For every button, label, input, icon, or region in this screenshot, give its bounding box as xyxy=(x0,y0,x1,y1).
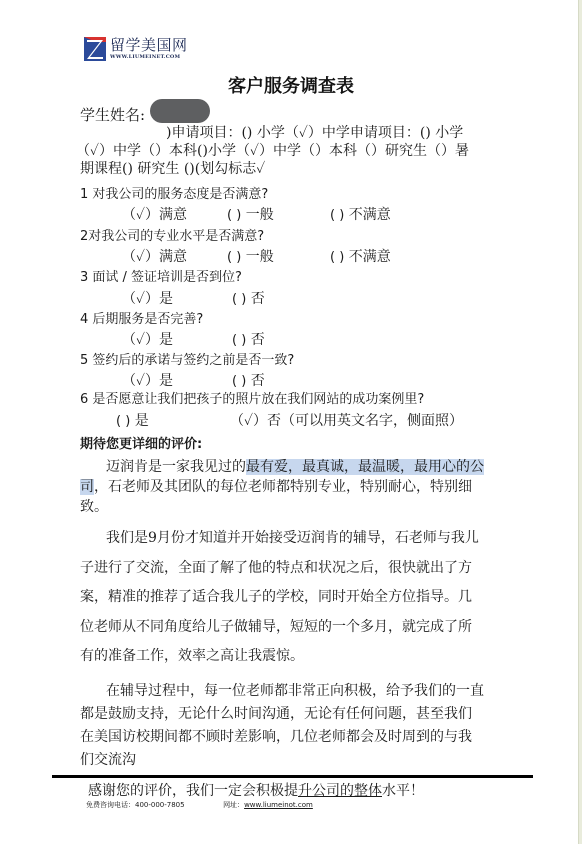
review-heading: 期待您更详细的评价: xyxy=(80,436,202,454)
brand-logo: 留学美国网 WWW.LIUMEINET.COM xyxy=(84,36,188,62)
q6-option-no[interactable]: （✓）否（可以用英文名字，侧面照） xyxy=(230,412,463,430)
q2-option-average[interactable]: ( ) 一般 xyxy=(227,248,274,267)
option-label: 不满意 xyxy=(349,207,391,223)
option-label: 否 xyxy=(251,373,265,389)
highlighted-text: 司 xyxy=(80,479,94,495)
option-label: 满意 xyxy=(159,249,187,265)
thanks-text: 水平！ xyxy=(382,783,424,799)
website-link[interactable]: www.liumeinot.com xyxy=(244,801,313,809)
thanks-underlined-text: 升公司的整体 xyxy=(298,783,382,799)
highlighted-text: 最有爱，最真诚，最温暖，最用心的公 xyxy=(246,459,484,475)
review-line: 我们是9月份才知道并开始接受迈润肯的辅导，石老师与我儿 xyxy=(80,524,498,554)
thanks-text: 感谢您的评价，我们一定会积极提 xyxy=(88,783,298,799)
option-label: 不满意 xyxy=(349,249,391,265)
option-label: 满意 xyxy=(159,207,187,223)
q2-option-satisfied[interactable]: （✓）满意 xyxy=(122,248,187,266)
review-text: 迈润肯是一家我见过的 xyxy=(106,459,246,475)
logo-z-icon xyxy=(84,37,106,61)
logo-name-en: WWW.LIUMEINET.COM xyxy=(110,55,188,60)
option-label: 一般 xyxy=(246,207,274,223)
application-line: )申请项目：() 小学（✓）中学申请项目：() 小学 xyxy=(80,124,496,142)
phone-number: 400-000-7805 xyxy=(135,801,185,809)
review-line: 位老师从不同角度给儿子做辅导，短短的一个多月，就完成了所 xyxy=(80,613,498,643)
option-label: 是 xyxy=(159,332,173,348)
review-line: 案，精准的推荐了适合我儿子的学校，同时开始全方位指导。几 xyxy=(80,583,498,613)
checkbox-empty[interactable]: ( ) xyxy=(330,208,344,223)
footer-divider xyxy=(52,775,533,778)
checkbox-empty[interactable]: ( ) xyxy=(232,292,246,307)
checkbox-empty[interactable]: ( ) xyxy=(232,374,246,389)
q1-option-satisfied[interactable]: （✓）满意 xyxy=(122,206,187,224)
q1-option-average[interactable]: ( ) 一般 xyxy=(227,206,274,225)
review-line: 在辅导过程中，每一位老师都非常正向积极，给予我们的一直 xyxy=(80,680,498,703)
q5-option-no[interactable]: ( ) 否 xyxy=(232,372,265,391)
footer-contact: 免费咨询电话：400-000-7805 网址：www.liumeinot.com xyxy=(86,800,313,810)
checkbox-empty[interactable]: ( ) xyxy=(116,414,130,429)
review-text: ，石老师及其团队的每位老师都特别专业，特别耐心，特别细 xyxy=(94,479,472,495)
page-title: 客户服务调查表 xyxy=(0,72,582,98)
review-line: 们交流沟 xyxy=(80,749,498,772)
option-label: 是 xyxy=(159,373,173,389)
question-1: 1 对我公司的服务态度是否满意? xyxy=(80,186,268,204)
page-edge xyxy=(578,0,582,844)
checkbox-empty[interactable]: ( ) xyxy=(227,208,241,223)
question-4: 4 后期服务是否完善? xyxy=(80,311,203,329)
q4-option-yes[interactable]: （✓）是 xyxy=(122,331,173,349)
checkbox-empty[interactable]: ( ) xyxy=(232,333,246,348)
application-items: )申请项目：() 小学（✓）中学申请项目：() 小学 （✓）中学（）本科()小学… xyxy=(80,124,496,178)
option-label: 是 xyxy=(135,413,149,429)
option-label: 否 xyxy=(251,291,265,307)
option-label: 是 xyxy=(159,291,173,307)
option-label: 否 xyxy=(251,332,265,348)
review-line: 有的准备工作，效率之高让我震惊。 xyxy=(80,642,498,672)
review-line: 在美国访校期间都不顾时差影响，几位老师都会及时周到的与我 xyxy=(80,726,498,749)
checkbox-checked[interactable]: （✓） xyxy=(122,291,159,307)
question-3: 3 面试 / 签证培训是否到位? xyxy=(80,269,242,287)
q4-option-no[interactable]: ( ) 否 xyxy=(232,331,265,350)
phone-label: 免费咨询电话： xyxy=(86,801,135,809)
q1-option-unsatisfied[interactable]: ( ) 不满意 xyxy=(330,206,391,225)
footer-thanks: 感谢您的评价，我们一定会积极提升公司的整体水平！ xyxy=(88,780,424,800)
application-line: （✓）中学（）本科()小学（✓）中学（）本科（）研究生（）暑 xyxy=(76,142,496,160)
checkbox-checked[interactable]: （✓） xyxy=(230,413,267,429)
q5-option-yes[interactable]: （✓）是 xyxy=(122,372,173,390)
question-2: 2对我公司的专业水平是否满意? xyxy=(80,228,264,246)
review-paragraph-2: 我们是9月份才知道并开始接受迈润肯的辅导，石老师与我儿 子进行了交流，全面了解了… xyxy=(80,524,498,672)
review-paragraph-3: 在辅导过程中，每一位老师都非常正向积极，给予我们的一直 都是鼓励支持，无论什么时… xyxy=(80,680,498,772)
q6-option-yes[interactable]: ( ) 是 xyxy=(116,412,149,431)
option-label: 一般 xyxy=(246,249,274,265)
review-line: 子进行了交流，全面了解了他的特点和状况之后，很快就出了方 xyxy=(80,554,498,584)
checkbox-empty[interactable]: ( ) xyxy=(227,250,241,265)
review-text: 致。 xyxy=(80,497,498,517)
review-paragraph-1: 迈润肯是一家我见过的最有爱，最真诚，最温暖，最用心的公 司，石老师及其团队的每位… xyxy=(80,457,498,517)
checkbox-checked[interactable]: （✓） xyxy=(122,249,159,265)
student-name-label: 学生姓名: xyxy=(80,104,145,125)
checkbox-checked[interactable]: （✓） xyxy=(122,373,159,389)
q3-option-no[interactable]: ( ) 否 xyxy=(232,290,265,309)
website-label: 网址： xyxy=(223,801,244,809)
checkbox-empty[interactable]: ( ) xyxy=(330,250,344,265)
q3-option-yes[interactable]: （✓）是 xyxy=(122,290,173,308)
logo-name-cn: 留学美国网 xyxy=(110,38,188,53)
application-line: 期课程() 研究生 ()(划勾标志✓ xyxy=(80,160,496,178)
review-line: 都是鼓励支持，无论什么时间沟通，无论有任何问题，甚至我们 xyxy=(80,703,498,726)
checkbox-checked[interactable]: （✓） xyxy=(122,332,159,348)
question-6: 6 是否愿意让我们把孩子的照片放在我们网站的成功案例里? xyxy=(80,391,424,409)
option-label: 否（可以用英文名字，侧面照） xyxy=(267,413,463,429)
question-5: 5 签约后的承诺与签约之前是否一致? xyxy=(80,352,294,370)
checkbox-checked[interactable]: （✓） xyxy=(122,207,159,223)
student-name-redacted xyxy=(150,99,210,123)
q2-option-unsatisfied[interactable]: ( ) 不满意 xyxy=(330,248,391,267)
